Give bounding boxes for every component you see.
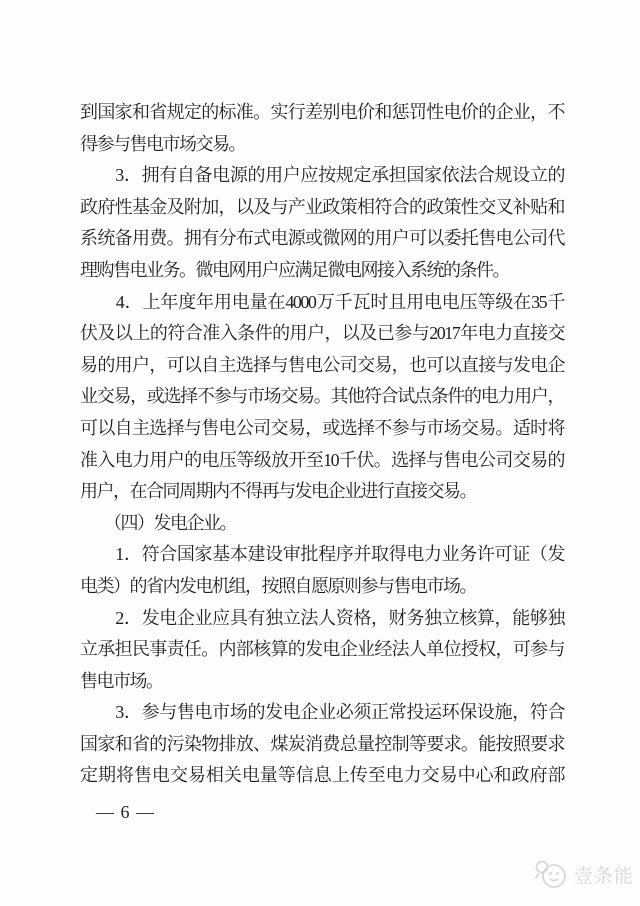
text-line: 3．参与售电市场的发电企业必须正常投运环保设施，符合 xyxy=(80,697,564,729)
text-line: 3．拥有自备电源的用户应按规定承担国家依法合规设立的 xyxy=(80,160,564,192)
text-line: 准入电力用户的电压等级放开至10千伏。选择与售电公司交易的 xyxy=(80,445,564,477)
brand-watermark-label: 壹条能 xyxy=(574,861,634,888)
text-line: 4．上年度年用电量在4000万千瓦时且用电电压等级在35千 xyxy=(80,287,564,319)
text-line: 1．符合国家基本建设审批程序并取得电力业务许可证（发 xyxy=(80,539,564,571)
mascot-face-icon xyxy=(534,858,570,890)
text-line: 2．发电企业应具有独立法人资格，财务独立核算，能够独 xyxy=(80,603,564,635)
text-line: 政府性基金及附加，以及与产业政策相符合的政策性交叉补贴和 xyxy=(80,192,564,224)
text-line: 电类）的省内发电机组，按照自愿原则参与售电市场。 xyxy=(80,571,564,603)
text-line: 伏及以上的符合准入条件的用户，以及已参与2017年电力直接交 xyxy=(80,318,564,350)
page-number: — 6 — xyxy=(96,802,155,823)
text-line: 售电市场。 xyxy=(80,666,564,698)
text-line: 用户，在合同周期内不得再与发电企业进行直接交易。 xyxy=(80,476,564,508)
text-line: 国家和省的污染物排放、煤炭消费总量控制等要求。能按照要求 xyxy=(80,729,564,761)
text-line: 系统备用费。拥有分布式电源或微网的用户可以委托售电公司代 xyxy=(80,223,564,255)
text-line: 得参与售电市场交易。 xyxy=(80,129,564,161)
text-line: 理购售电业务。微电网用户应满足微电网接入系统的条件。 xyxy=(80,255,564,287)
text-line: 易的用户，可以自主选择与售电公司交易，也可以直接与发电企 xyxy=(80,350,564,382)
text-line: 可以自主选择与售电公司交易，或选择不参与市场交易。适时将 xyxy=(80,413,564,445)
text-line: （四）发电企业。 xyxy=(80,508,564,540)
text-line: 业交易，或选择不参与市场交易。其他符合试点条件的电力用户， xyxy=(80,381,564,413)
text-line: 到国家和省规定的标准。实行差别电价和惩罚性电价的企业，不 xyxy=(80,97,564,129)
brand-watermark: 壹条能 xyxy=(534,858,634,890)
text-line: 立承担民事责任。内部核算的发电企业经法人单位授权，可参与 xyxy=(80,634,564,666)
document-lines: 到国家和省规定的标准。实行差别电价和惩罚性电价的企业，不得参与售电市场交易。 3… xyxy=(80,97,564,792)
document-page: 到国家和省规定的标准。实行差别电价和惩罚性电价的企业，不得参与售电市场交易。 3… xyxy=(0,0,640,906)
text-line: 定期将售电交易相关电量等信息上传至电力交易中心和政府部 xyxy=(80,760,564,792)
